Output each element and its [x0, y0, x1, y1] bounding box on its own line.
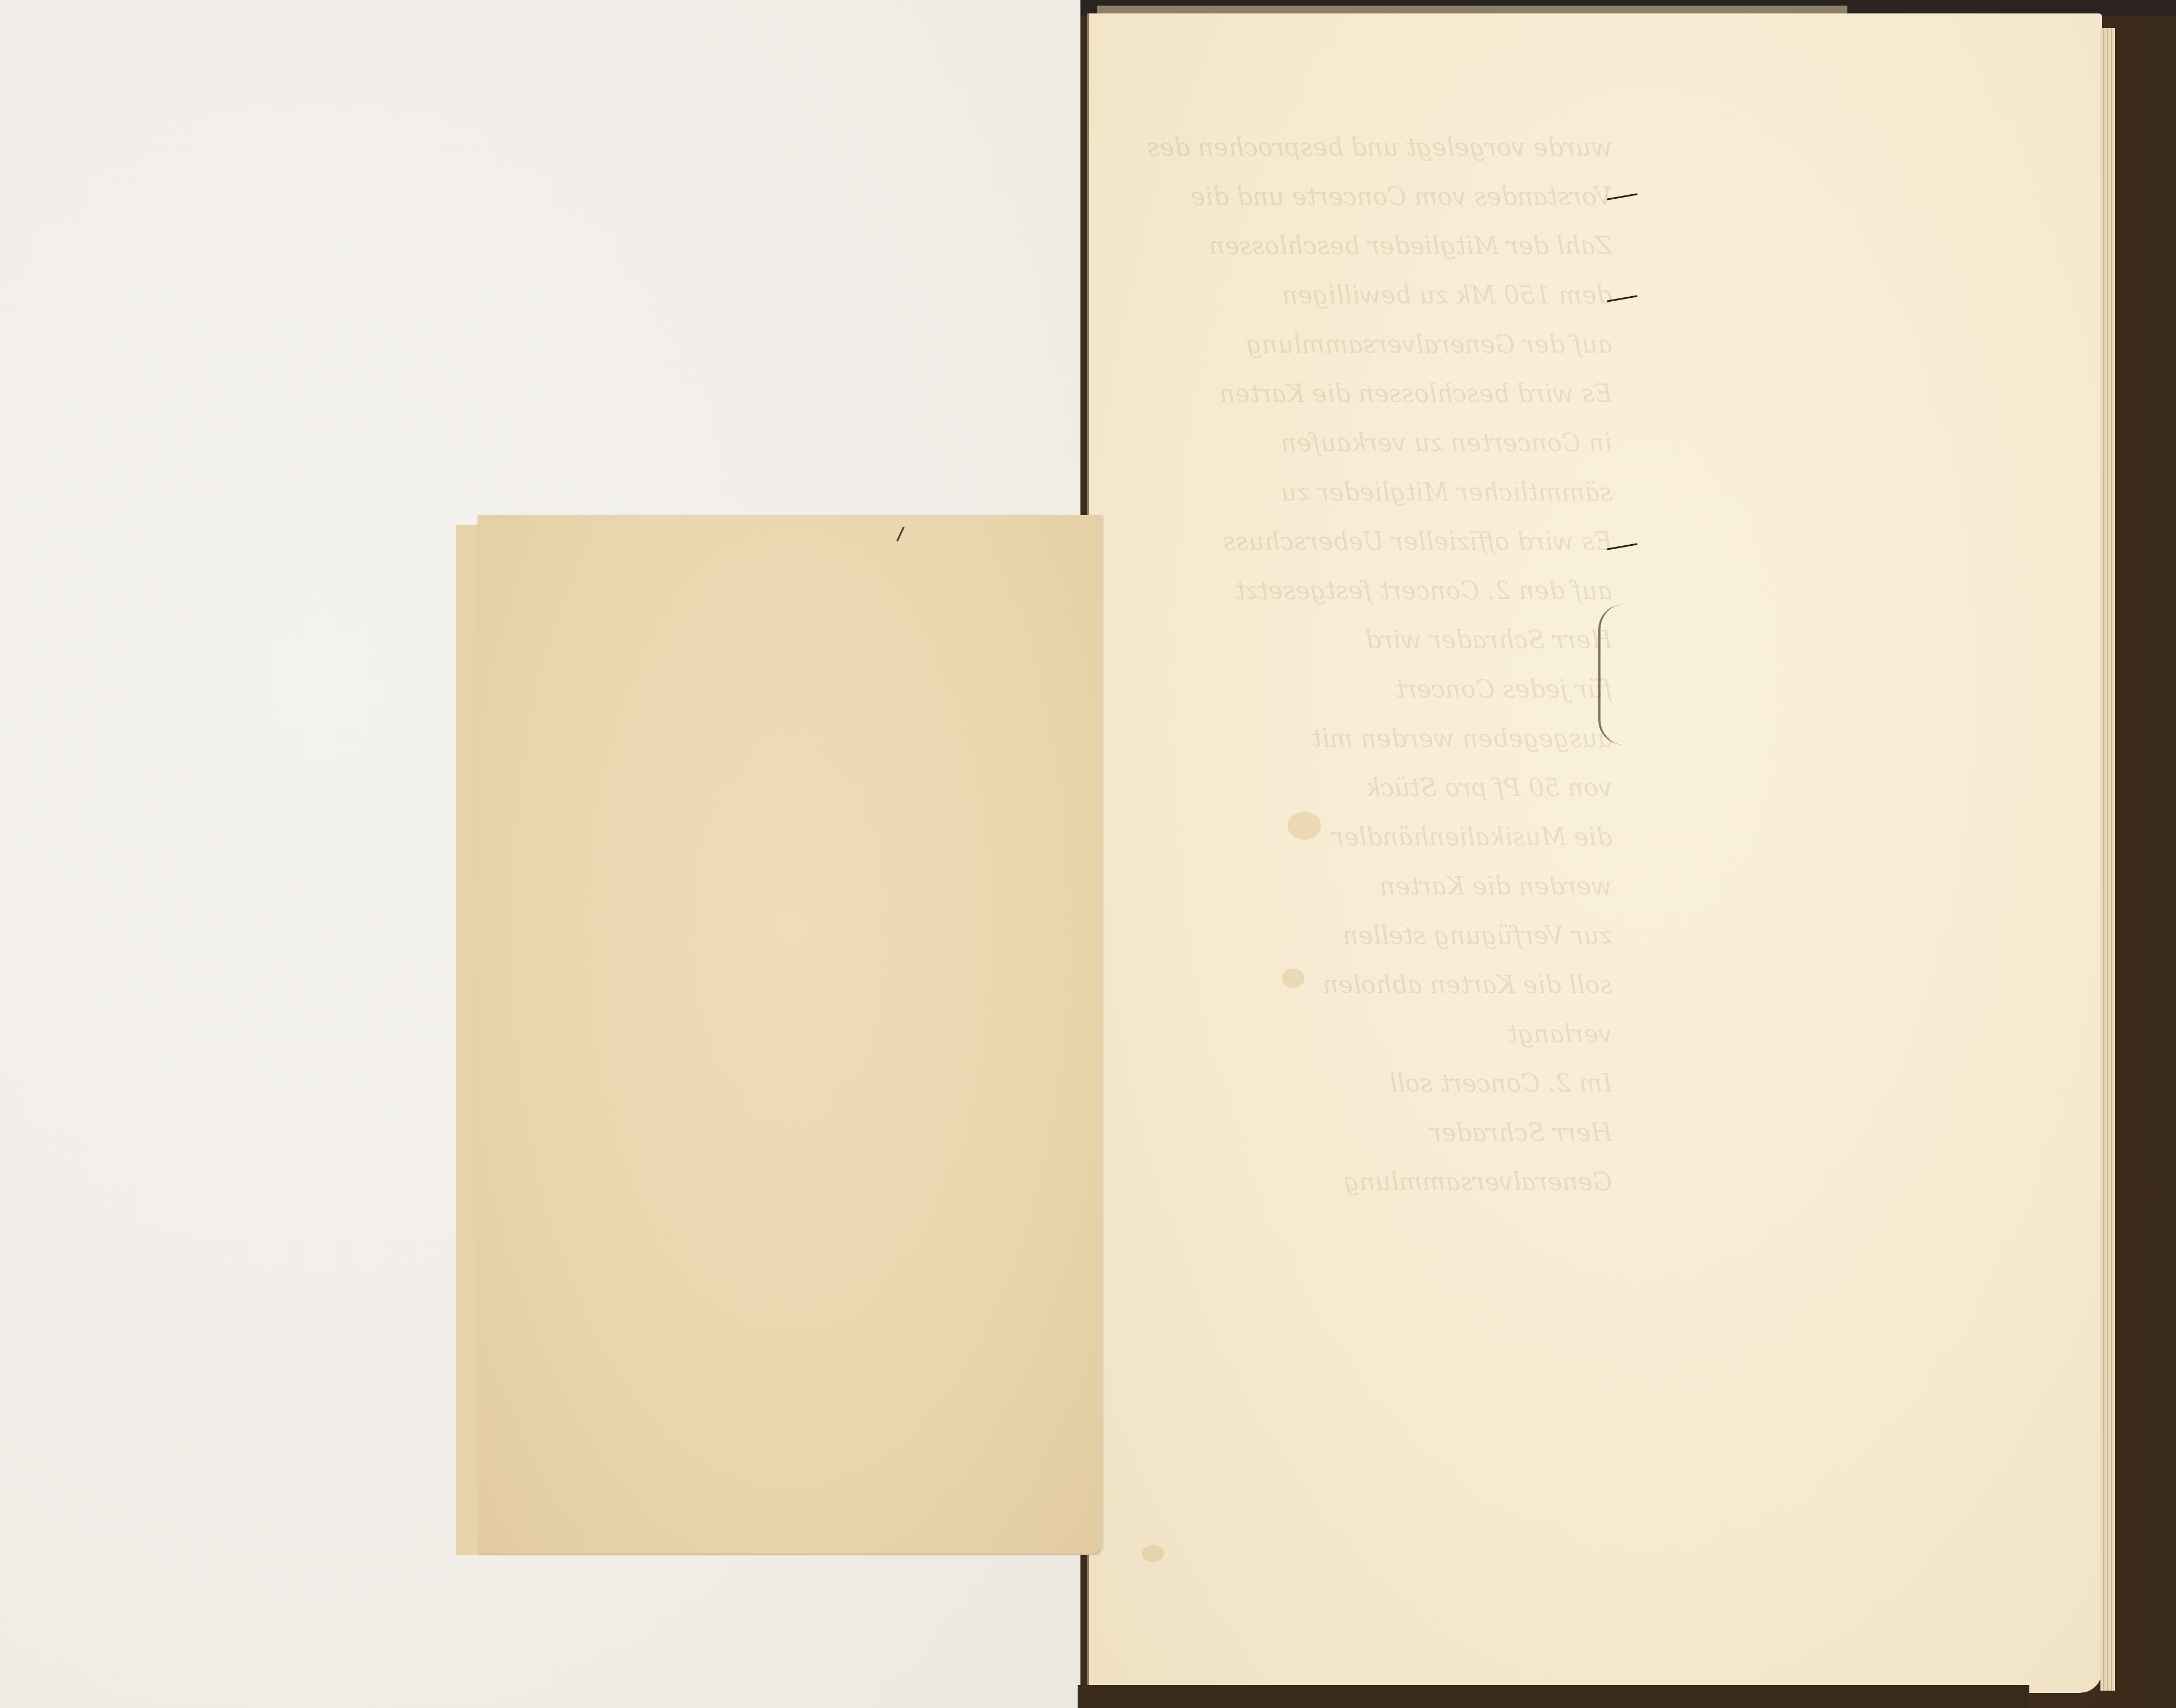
printed-sheet: [478, 515, 1102, 1553]
ink-bleed-through: wurde vorgelegt und besprochen des Vorst…: [1120, 123, 1612, 1411]
book-cover-bottom-edge: [1078, 1685, 2029, 1708]
foxing-stain: [1282, 968, 1304, 988]
foxing-stain: [1288, 812, 1321, 840]
foxing-stain: [1142, 1545, 1164, 1562]
margin-bracket: [1598, 605, 1623, 745]
page-stack-edges: [2100, 28, 2115, 1691]
poem1-left-column: [618, 666, 625, 674]
poem1-right-column: [839, 665, 845, 672]
